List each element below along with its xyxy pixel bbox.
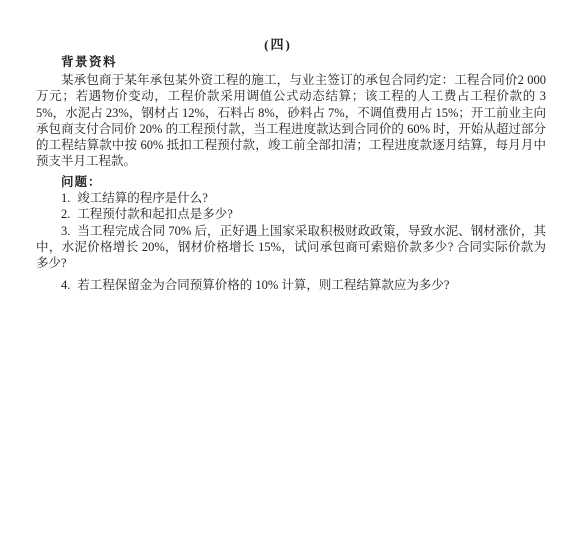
questions-heading: 问题： (36, 174, 546, 190)
question-item-4: 4.若工程保留金为合同预算价格的 10% 计算，则工程结算款应为多少? (36, 277, 546, 293)
background-paragraph: 某承包商于某年承包某外资工程的施工，与业主签订的承包合同约定：工程合同价2 00… (36, 72, 546, 170)
question-number: 1. (61, 191, 70, 205)
question-text: 当工程完成合同 70% 后，正好遇上国家采取积极财政政策，导致水泥、钢材涨价，其… (36, 224, 546, 271)
question-number: 3. (61, 224, 70, 238)
question-text: 工程预付款和起扣点是多少? (77, 207, 233, 221)
question-item-3: 3.当工程完成合同 70% 后，正好遇上国家采取积极财政政策，导致水泥、钢材涨价… (36, 223, 546, 272)
document-page: (四) 背景资料 某承包商于某年承包某外资工程的施工，与业主签订的承包合同约定：… (0, 0, 580, 548)
question-number: 4. (61, 278, 70, 292)
background-heading: 背景资料 (36, 54, 546, 71)
section-title: (四) (23, 36, 533, 53)
question-number: 2. (61, 207, 70, 221)
question-text: 竣工结算的程序是什么? (77, 191, 208, 205)
question-item-2: 2.工程预付款和起扣点是多少? (36, 206, 546, 222)
question-text: 若工程保留金为合同预算价格的 10% 计算，则工程结算款应为多少? (77, 278, 449, 292)
question-item-1: 1.竣工结算的程序是什么? (36, 190, 546, 206)
